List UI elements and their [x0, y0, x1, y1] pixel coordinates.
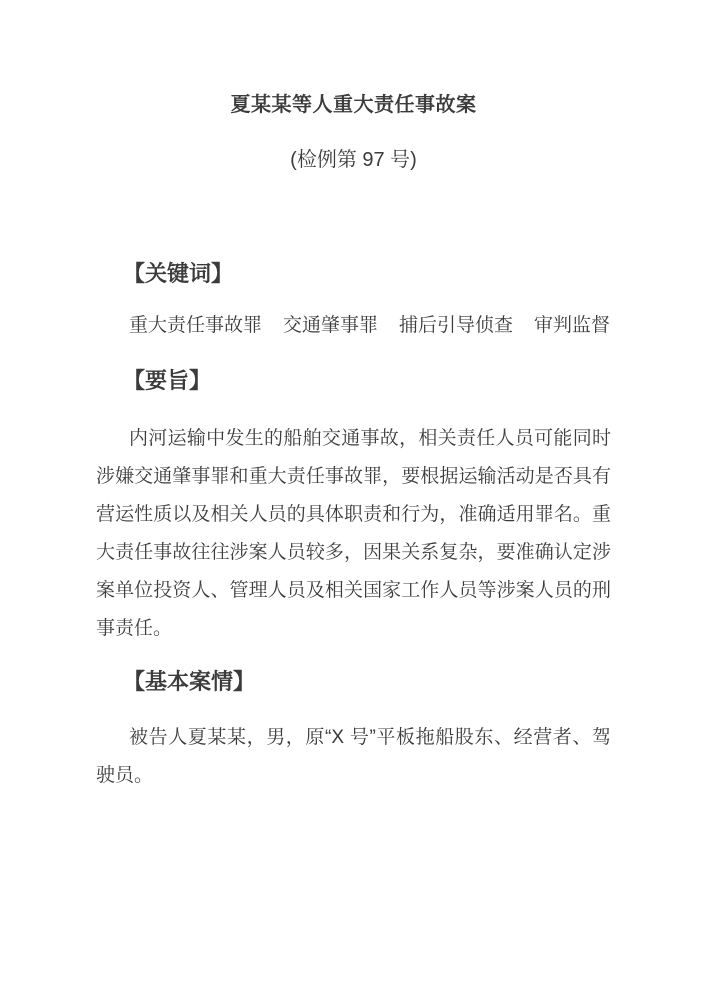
basic-facts-paragraph: 被告人夏某某，男，原“X 号”平板拖船股东、经营者、驾驶员。	[96, 719, 611, 795]
keywords-list: 重大责任事故罪交通肇事罪捕后引导侦查审判监督	[96, 307, 611, 345]
keyword-item: 交通肇事罪	[283, 315, 378, 336]
section-heading-keywords: 【关键词】	[96, 255, 611, 293]
document-page: 夏某某等人重大责任事故案 (检例第 97 号) 【关键词】 重大责任事故罪交通肇…	[0, 0, 707, 999]
keyword-item: 审判监督	[534, 315, 610, 336]
section-heading-basic-facts: 【基本案情】	[96, 663, 611, 701]
case-number: (检例第 97 号)	[96, 141, 611, 179]
gist-paragraph: 内河运输中发生的船舶交通事故，相关责任人员可能同时涉嫌交通肇事罪和重大责任事故罪…	[96, 420, 611, 648]
document-title: 夏某某等人重大责任事故案	[96, 86, 611, 124]
section-heading-gist: 【要旨】	[96, 362, 611, 400]
keyword-item: 重大责任事故罪	[129, 315, 262, 336]
keyword-item: 捕后引导侦查	[399, 315, 513, 336]
